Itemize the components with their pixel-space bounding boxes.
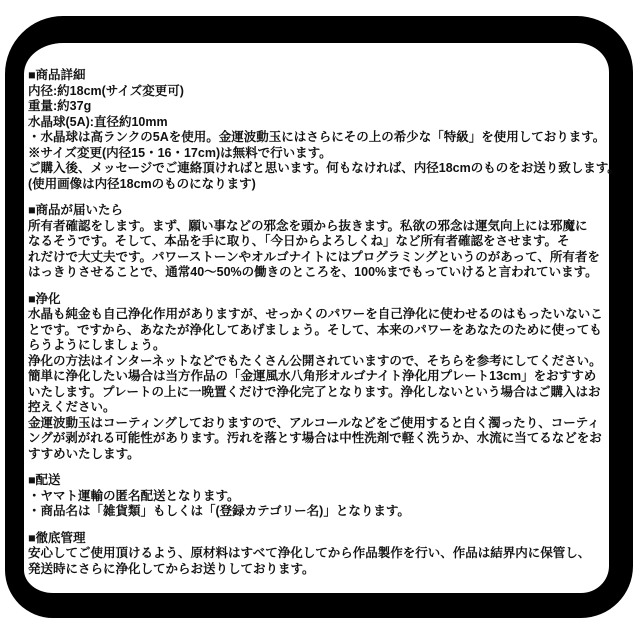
text-line: すすめいたします。 — [28, 447, 616, 463]
text-line: 発送時にさらに浄化してからお送りしております。 — [28, 562, 616, 578]
description-text-block: ■商品詳細 内径:約18cm(サイズ変更可) 重量:約37g 水晶球(5A):直… — [28, 68, 616, 588]
section-heading: ■浄化 — [28, 292, 616, 308]
text-line: ・商品名は「雑貨類」もしくは「(登録カテゴリー名)」となります。 — [28, 504, 616, 520]
text-line: らうようにしましょう。 — [28, 338, 616, 354]
text-line: 浄化の方法はインターネットなどでもたくさん公開されていますので、そちらを参考にし… — [28, 354, 616, 370]
text-line: なるそうです。そして、本品を手に取り、「今日からよろしくね」など所有者確認をさせ… — [28, 234, 616, 250]
text-line: れだけで大丈夫です。パワーストーンやオルゴナイトにはプログラミングというのがあっ… — [28, 250, 616, 266]
text-line: 水晶球(5A):直径約10mm — [28, 115, 616, 131]
product-description-page: ■商品詳細 内径:約18cm(サイズ変更可) 重量:約37g 水晶球(5A):直… — [0, 0, 640, 640]
text-line: (使用画像は内径18cmのものになります) — [28, 177, 616, 193]
text-line: 控えください。 — [28, 400, 616, 416]
text-line: ・ヤマト運輸の匿名配送となります。 — [28, 489, 616, 505]
section-heading: ■商品詳細 — [28, 68, 616, 84]
section-heading: ■配送 — [28, 473, 616, 489]
text-line: 金運波動玉はコーティングしておりますので、アルコールなどをご使用すると白く濁った… — [28, 416, 616, 432]
section-heading: ■徹底管理 — [28, 531, 616, 547]
text-line: ングが剥がれる可能性があります。汚れを落とす場合は中性洗剤で軽く洗うか、水流に当… — [28, 431, 616, 447]
text-line: ・水晶球は高ランクの5Aを使用。金運波動玉にはさらにその上の希少な「特級」を使用… — [28, 130, 616, 146]
text-line: 所有者確認をします。まず、願い事などの邪念を頭から抜きます。私欲の邪念は運気向上… — [28, 219, 616, 235]
section-purification: ■浄化 水晶も純金も自己浄化作用がありますが、せっかくのパワーを自己浄化に使わせ… — [28, 292, 616, 463]
text-line: 安心してご使用頂けるよう、原材料はすべて浄化してから作品製作を行い、作品は結界内… — [28, 546, 616, 562]
text-line: 重量:約37g — [28, 99, 616, 115]
text-line: 簡単に浄化したい場合は当方作品の「金運風水八角形オルゴナイト浄化用プレート13c… — [28, 369, 616, 385]
text-line: いたします。プレートの上に一晩置くだけで浄化完了となります。浄化しないという場合… — [28, 385, 616, 401]
section-quality-management: ■徹底管理 安心してご使用頂けるよう、原材料はすべて浄化してから作品製作を行い、… — [28, 531, 616, 578]
text-line: とです。ですから、あなたが浄化してあげましょう。そして、本来のパワーをあなたのた… — [28, 323, 616, 339]
text-line: 水晶も純金も自己浄化作用がありますが、せっかくのパワーを自己浄化に使わせるのはも… — [28, 307, 616, 323]
section-after-arrival: ■商品が届いたら 所有者確認をします。まず、願い事などの邪念を頭から抜きます。私… — [28, 203, 616, 281]
text-line: 内径:約18cm(サイズ変更可) — [28, 84, 616, 100]
text-line: ※サイズ変更(内径15・16・17cm)は無料で行います。 — [28, 146, 616, 162]
text-line: ご購入後、メッセージでご連絡頂ければと思います。何もなければ、内径18cmのもの… — [28, 161, 616, 177]
section-shipping: ■配送 ・ヤマト運輸の匿名配送となります。 ・商品名は「雑貨類」もしくは「(登録… — [28, 473, 616, 520]
section-heading: ■商品が届いたら — [28, 203, 616, 219]
text-line: はっきりさせることで、通常40〜50%の働きのところを、100%までもっていける… — [28, 265, 616, 281]
section-product-details: ■商品詳細 内径:約18cm(サイズ変更可) 重量:約37g 水晶球(5A):直… — [28, 68, 616, 192]
